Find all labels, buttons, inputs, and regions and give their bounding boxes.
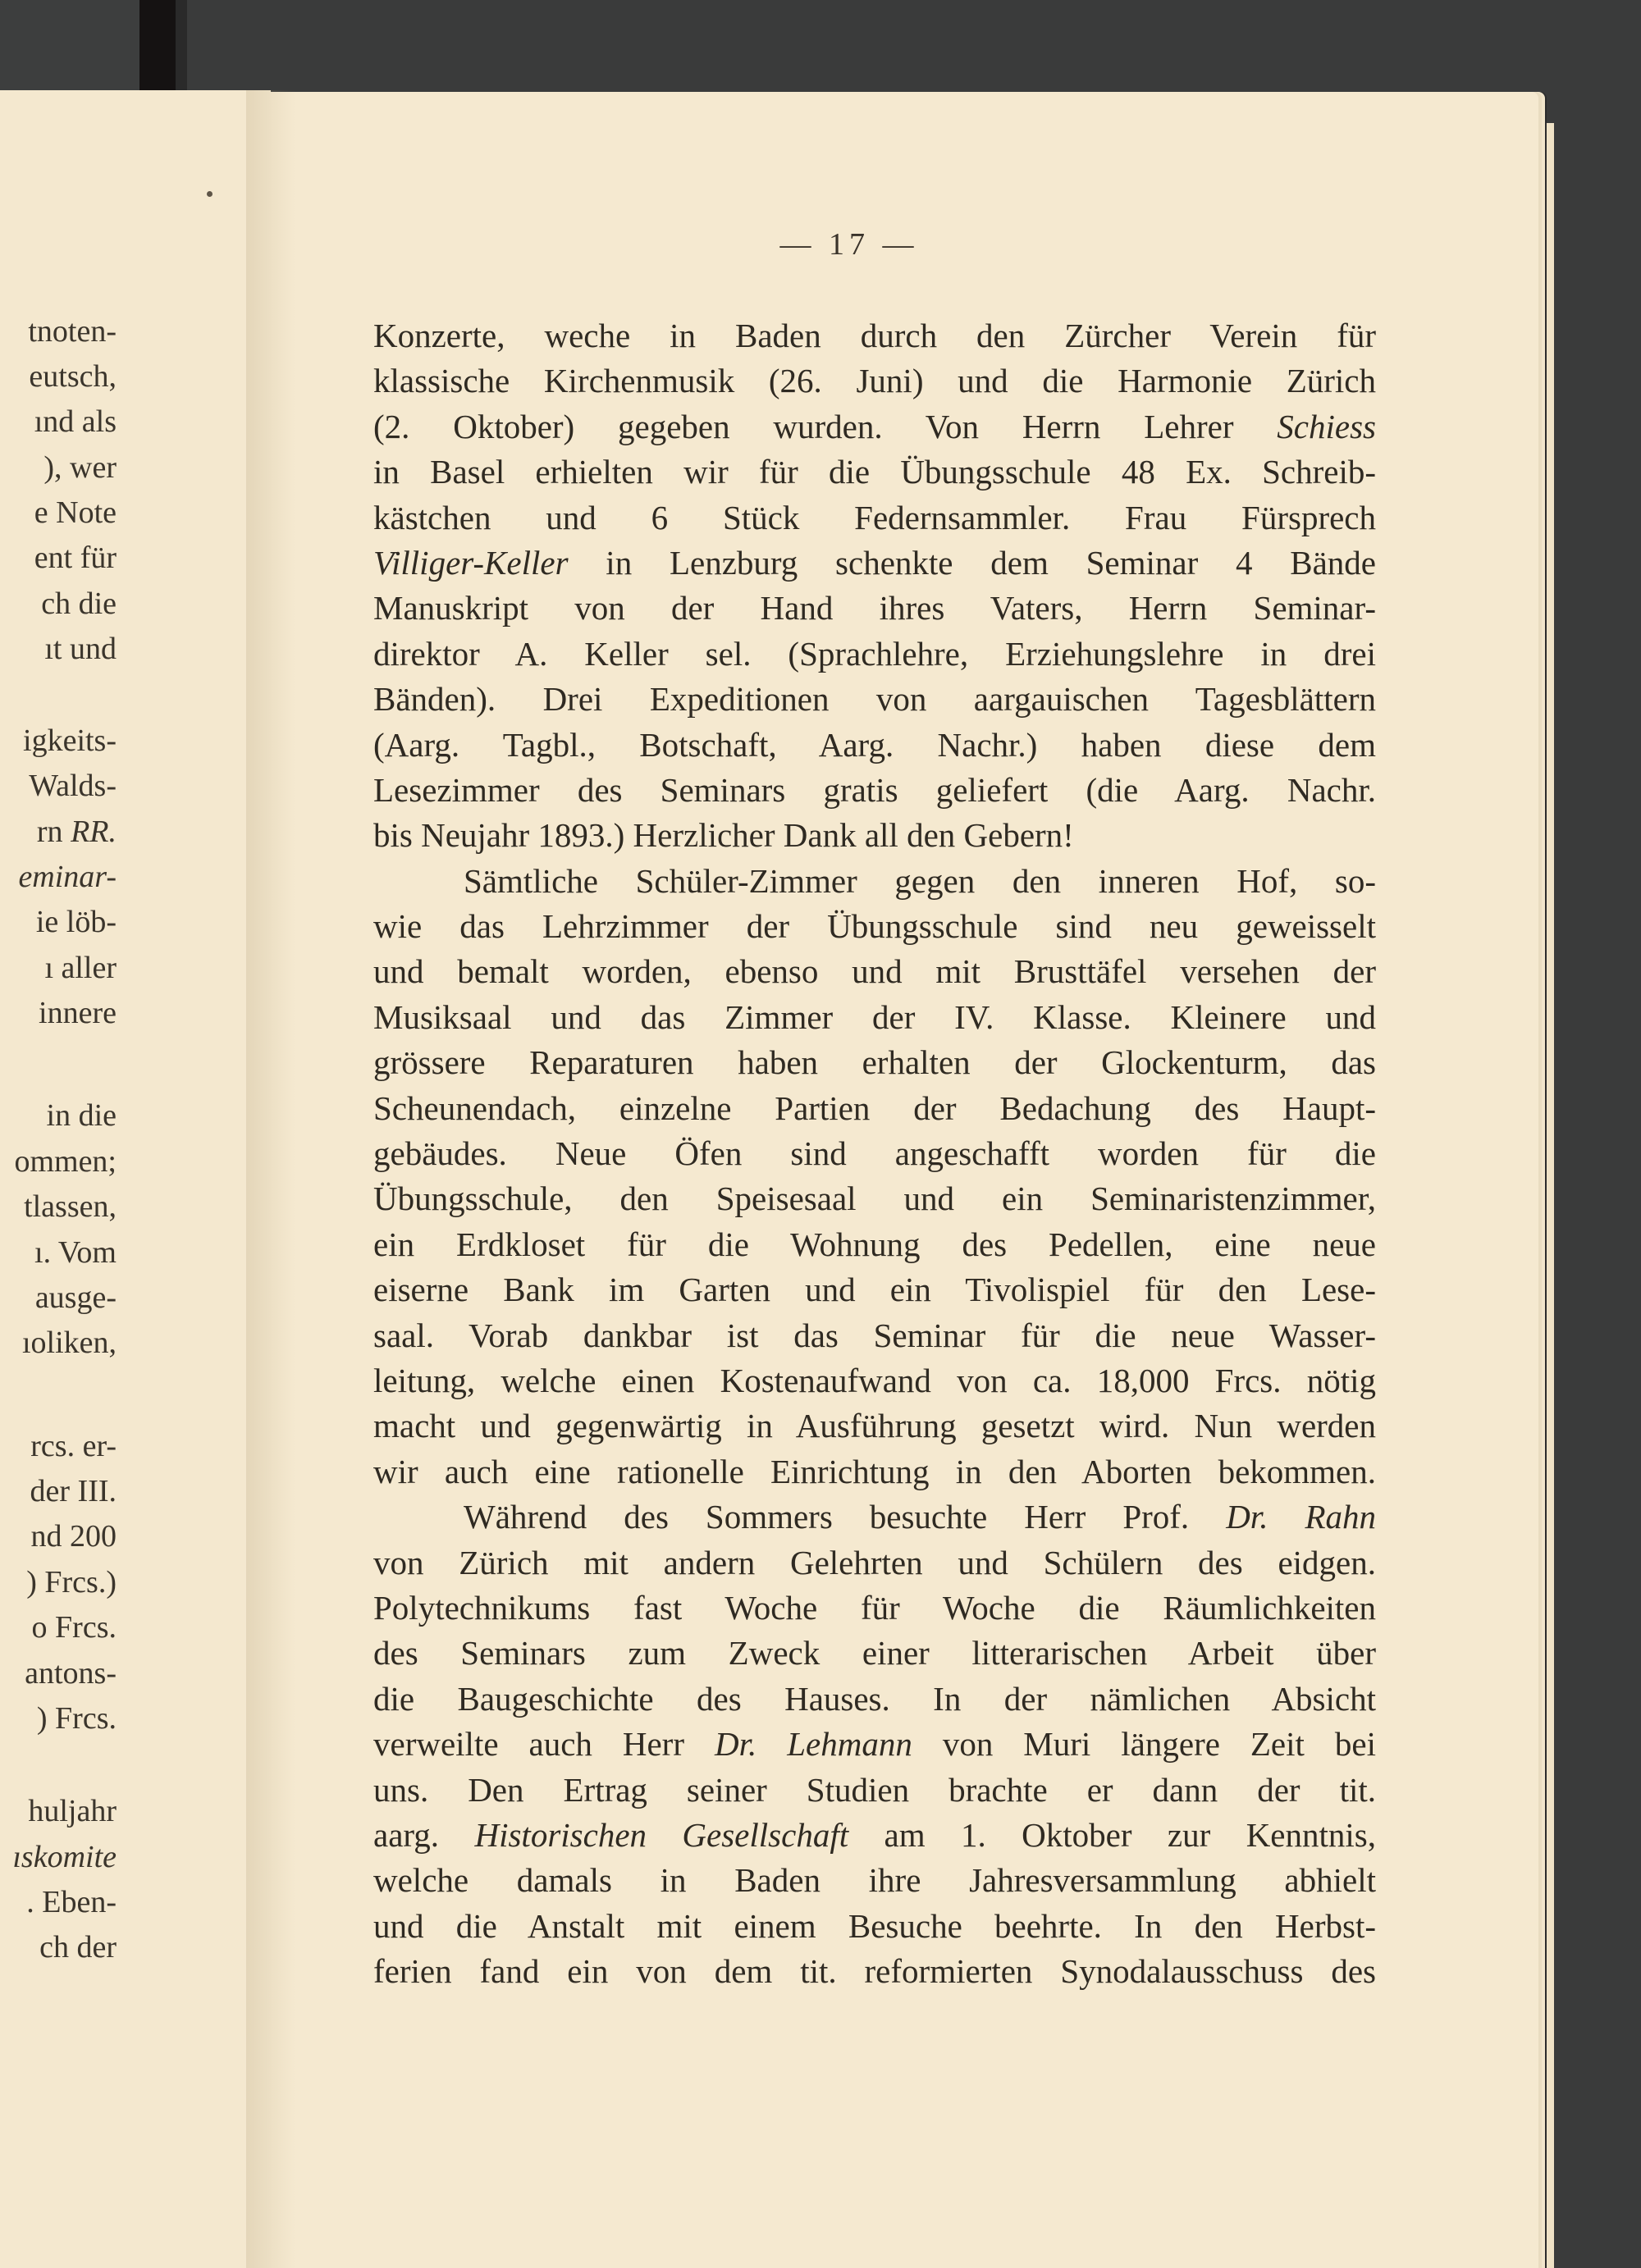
text-span: wir auch eine rationelle Einrichtung in … — [373, 1453, 1376, 1490]
left-text-line: ı. Vom — [34, 1237, 117, 1268]
left-text-line: Walds- — [29, 770, 117, 801]
text-line: Musiksaal und das Zimmer der IV. Klasse.… — [373, 995, 1376, 1040]
text-line: Lesezimmer des Seminars gratis geliefert… — [373, 768, 1376, 813]
text-span: von Zürich mit andern Gelehrten und Schü… — [373, 1544, 1376, 1581]
text-line: (Aarg. Tagbl., Botschaft, Aarg. Nachr.) … — [373, 723, 1376, 768]
text-span: direktor A. Keller sel. (Sprachlehre, Er… — [373, 635, 1376, 673]
left-text-line: igkeits- — [23, 725, 117, 756]
text-span: des Seminars zum Zweck einer litterarisc… — [373, 1634, 1376, 1672]
text-line: von Zürich mit andern Gelehrten und Schü… — [373, 1540, 1376, 1586]
text-span: in Lenzburg schenkte dem Seminar 4 Bände — [569, 544, 1376, 582]
text-span: grössere Reparaturen haben erhalten der … — [373, 1043, 1376, 1081]
text-span: und bemalt worden, ebenso und mit Brustt… — [373, 952, 1376, 990]
text-span: klassische Kirchenmusik (26. Juni) und d… — [373, 362, 1376, 399]
left-text-line: eutsch, — [29, 361, 117, 392]
left-text-line: ıoliken, — [22, 1327, 117, 1358]
gutter-shadow — [246, 90, 295, 2268]
page-stack-edge — [1538, 123, 1554, 2268]
italic-name: Schiess — [1277, 408, 1376, 445]
text-span: eiserne Bank im Garten und ein Tivolispi… — [373, 1271, 1376, 1308]
italic-name: Dr. Rahn — [1226, 1498, 1376, 1536]
text-line: wir auch eine rationelle Einrichtung in … — [373, 1449, 1376, 1495]
text-line: Bänden). Drei Expeditionen von aargauisc… — [373, 677, 1376, 722]
text-span: (Aarg. Tagbl., Botschaft, Aarg. Nachr.) … — [373, 726, 1376, 764]
text-span: Übungsschule, den Speisesaal und ein Sem… — [373, 1180, 1376, 1217]
text-line: Während des Sommers besuchte Herr Prof. … — [373, 1495, 1376, 1540]
text-span: Lesezimmer des Seminars gratis geliefert… — [373, 771, 1376, 809]
italic-name: Villiger-Keller — [373, 544, 569, 582]
text-line: des Seminars zum Zweck einer litterarisc… — [373, 1631, 1376, 1676]
left-text-line: ch die — [41, 588, 117, 619]
left-text-line: rn RR. — [37, 816, 117, 847]
text-line: uns. Den Ertrag seiner Studien brachte e… — [373, 1768, 1376, 1813]
text-span: am 1. Oktober zur Kenntnis, — [848, 1816, 1376, 1854]
text-line: Sämtliche Schüler-Zimmer gegen den inner… — [373, 859, 1376, 904]
text-span: uns. Den Ertrag seiner Studien brachte e… — [373, 1771, 1376, 1809]
text-line: bis Neujahr 1893.) Herzlicher Dank all d… — [373, 813, 1376, 858]
text-line: in Basel erhielten wir für die Übungssch… — [373, 449, 1376, 495]
text-line: saal. Vorab dankbar ist das Seminar für … — [373, 1313, 1376, 1358]
text-span: leitung, welche einen Kostenaufwand von … — [373, 1362, 1376, 1399]
left-text-line: in die — [47, 1100, 117, 1131]
text-span: gebäudes. Neue Öfen sind angeschafft wor… — [373, 1134, 1376, 1172]
left-text-line: o Frcs. — [32, 1612, 117, 1643]
text-line: aarg. Historischen Gesellschaft am 1. Ok… — [373, 1813, 1376, 1858]
text-line: macht und gegenwärtig in Ausführung gese… — [373, 1403, 1376, 1449]
text-span: Sämtliche Schüler-Zimmer gegen den inner… — [464, 862, 1376, 900]
text-line: welche damals in Baden ihre Jahresversam… — [373, 1858, 1376, 1903]
left-text-line: ch der — [39, 1932, 117, 1963]
text-line: direktor A. Keller sel. (Sprachlehre, Er… — [373, 632, 1376, 677]
text-line: (2. Oktober) gegeben wurden. Von Herrn L… — [373, 404, 1376, 449]
text-span: und die Anstalt mit einem Besuche beehrt… — [373, 1907, 1376, 1945]
left-text-line: ), wer — [43, 452, 117, 483]
left-text-line: ) Frcs. — [37, 1703, 117, 1734]
text-line: ein Erdkloset für die Wohnung des Pedell… — [373, 1222, 1376, 1267]
text-span: von Muri längere Zeit bei — [912, 1725, 1376, 1763]
left-text-line: ı aller — [44, 952, 117, 983]
text-span: bis Neujahr 1893.) Herzlicher Dank all d… — [373, 816, 1074, 854]
left-text-line: . Eben- — [26, 1887, 117, 1918]
text-line: gebäudes. Neue Öfen sind angeschafft wor… — [373, 1131, 1376, 1176]
left-text-line: ie löb- — [36, 906, 117, 938]
text-span: aarg. — [373, 1816, 474, 1854]
italic-name: Historischen Gesellschaft — [474, 1816, 848, 1854]
text-span: Polytechnikums fast Woche für Woche die … — [373, 1589, 1376, 1627]
left-text-line: nd 200 — [31, 1521, 117, 1552]
text-line: Manuskript von der Hand ihres Vaters, He… — [373, 586, 1376, 631]
left-page: tnoten-eutsch,ınd als), were Noteent für… — [0, 90, 271, 2268]
text-span: ein Erdkloset für die Wohnung des Pedell… — [373, 1225, 1376, 1263]
left-text-line: tnoten- — [28, 316, 117, 347]
left-text-line: e Note — [34, 497, 117, 528]
italic-name: Dr. Lehmann — [715, 1725, 912, 1763]
text-line: leitung, welche einen Kostenaufwand von … — [373, 1358, 1376, 1403]
text-span: Bänden). Drei Expeditionen von aargauisc… — [373, 680, 1376, 718]
text-span: Während des Sommers besuchte Herr Prof. — [464, 1498, 1226, 1536]
text-span: Konzerte, weche in Baden durch den Zürch… — [373, 317, 1376, 354]
text-line: kästchen und 6 Stück Federnsammler. Frau… — [373, 495, 1376, 541]
page-number: — 17 — — [271, 226, 1428, 262]
text-span: welche damals in Baden ihre Jahresversam… — [373, 1861, 1376, 1899]
text-span: saal. Vorab dankbar ist das Seminar für … — [373, 1317, 1376, 1354]
left-text-line: tlassen, — [24, 1191, 117, 1222]
text-line: verweilte auch Herr Dr. Lehmann von Muri… — [373, 1722, 1376, 1767]
text-line: wie das Lehrzimmer der Übungsschule sind… — [373, 904, 1376, 949]
left-text-line: innere — [39, 997, 117, 1029]
text-line: Villiger-Keller in Lenzburg schenkte dem… — [373, 541, 1376, 586]
text-span: wie das Lehrzimmer der Übungsschule sind… — [373, 907, 1376, 945]
text-span: (2. Oktober) gegeben wurden. Von Herrn L… — [373, 408, 1277, 445]
text-span: kästchen und 6 Stück Federnsammler. Frau… — [373, 499, 1376, 536]
left-text-line: eminar- — [18, 861, 117, 892]
text-line: und die Anstalt mit einem Besuche beehrt… — [373, 1904, 1376, 1949]
text-span: ferien fand ein von dem tit. reformierte… — [373, 1952, 1376, 1990]
left-text-line: ınd als — [34, 406, 117, 437]
text-span: verweilte auch Herr — [373, 1725, 715, 1763]
left-text-line: ıskomite — [12, 1841, 117, 1873]
left-text-line: der III. — [30, 1476, 117, 1507]
left-text-line: rcs. er- — [30, 1431, 117, 1462]
text-span: macht und gegenwärtig in Ausführung gese… — [373, 1407, 1376, 1444]
text-span: die Baugeschichte des Hauses. In der näm… — [373, 1680, 1376, 1718]
text-line: und bemalt worden, ebenso und mit Brustt… — [373, 949, 1376, 994]
text-line: klassische Kirchenmusik (26. Juni) und d… — [373, 358, 1376, 404]
text-line: Scheunendach, einzelne Partien der Bedac… — [373, 1086, 1376, 1131]
text-line: Polytechnikums fast Woche für Woche die … — [373, 1586, 1376, 1631]
text-span: in Basel erhielten wir für die Übungssch… — [373, 453, 1376, 491]
text-line: ferien fand ein von dem tit. reformierte… — [373, 1949, 1376, 1994]
text-line: die Baugeschichte des Hauses. In der näm… — [373, 1677, 1376, 1722]
left-text-line: ent für — [34, 542, 117, 573]
text-span: Scheunendach, einzelne Partien der Bedac… — [373, 1089, 1376, 1127]
left-text-line: ausge- — [35, 1282, 117, 1313]
text-line: grössere Reparaturen haben erhalten der … — [373, 1040, 1376, 1085]
text-span: Manuskript von der Hand ihres Vaters, He… — [373, 589, 1376, 627]
left-text-line: huljahr — [28, 1796, 117, 1827]
left-text-line: antons- — [25, 1658, 117, 1689]
left-text-line: ommen; — [14, 1146, 117, 1177]
text-span: Musiksaal und das Zimmer der IV. Klasse.… — [373, 998, 1376, 1036]
text-line: Übungsschule, den Speisesaal und ein Sem… — [373, 1176, 1376, 1221]
text-line: Konzerte, weche in Baden durch den Zürch… — [373, 313, 1376, 358]
left-text-line: ) Frcs.) — [26, 1567, 117, 1598]
left-text-line: ıt und — [44, 633, 117, 664]
text-line: eiserne Bank im Garten und ein Tivolispi… — [373, 1267, 1376, 1312]
paper-speck — [207, 191, 213, 197]
body-text: Konzerte, weche in Baden durch den Zürch… — [373, 313, 1376, 1994]
